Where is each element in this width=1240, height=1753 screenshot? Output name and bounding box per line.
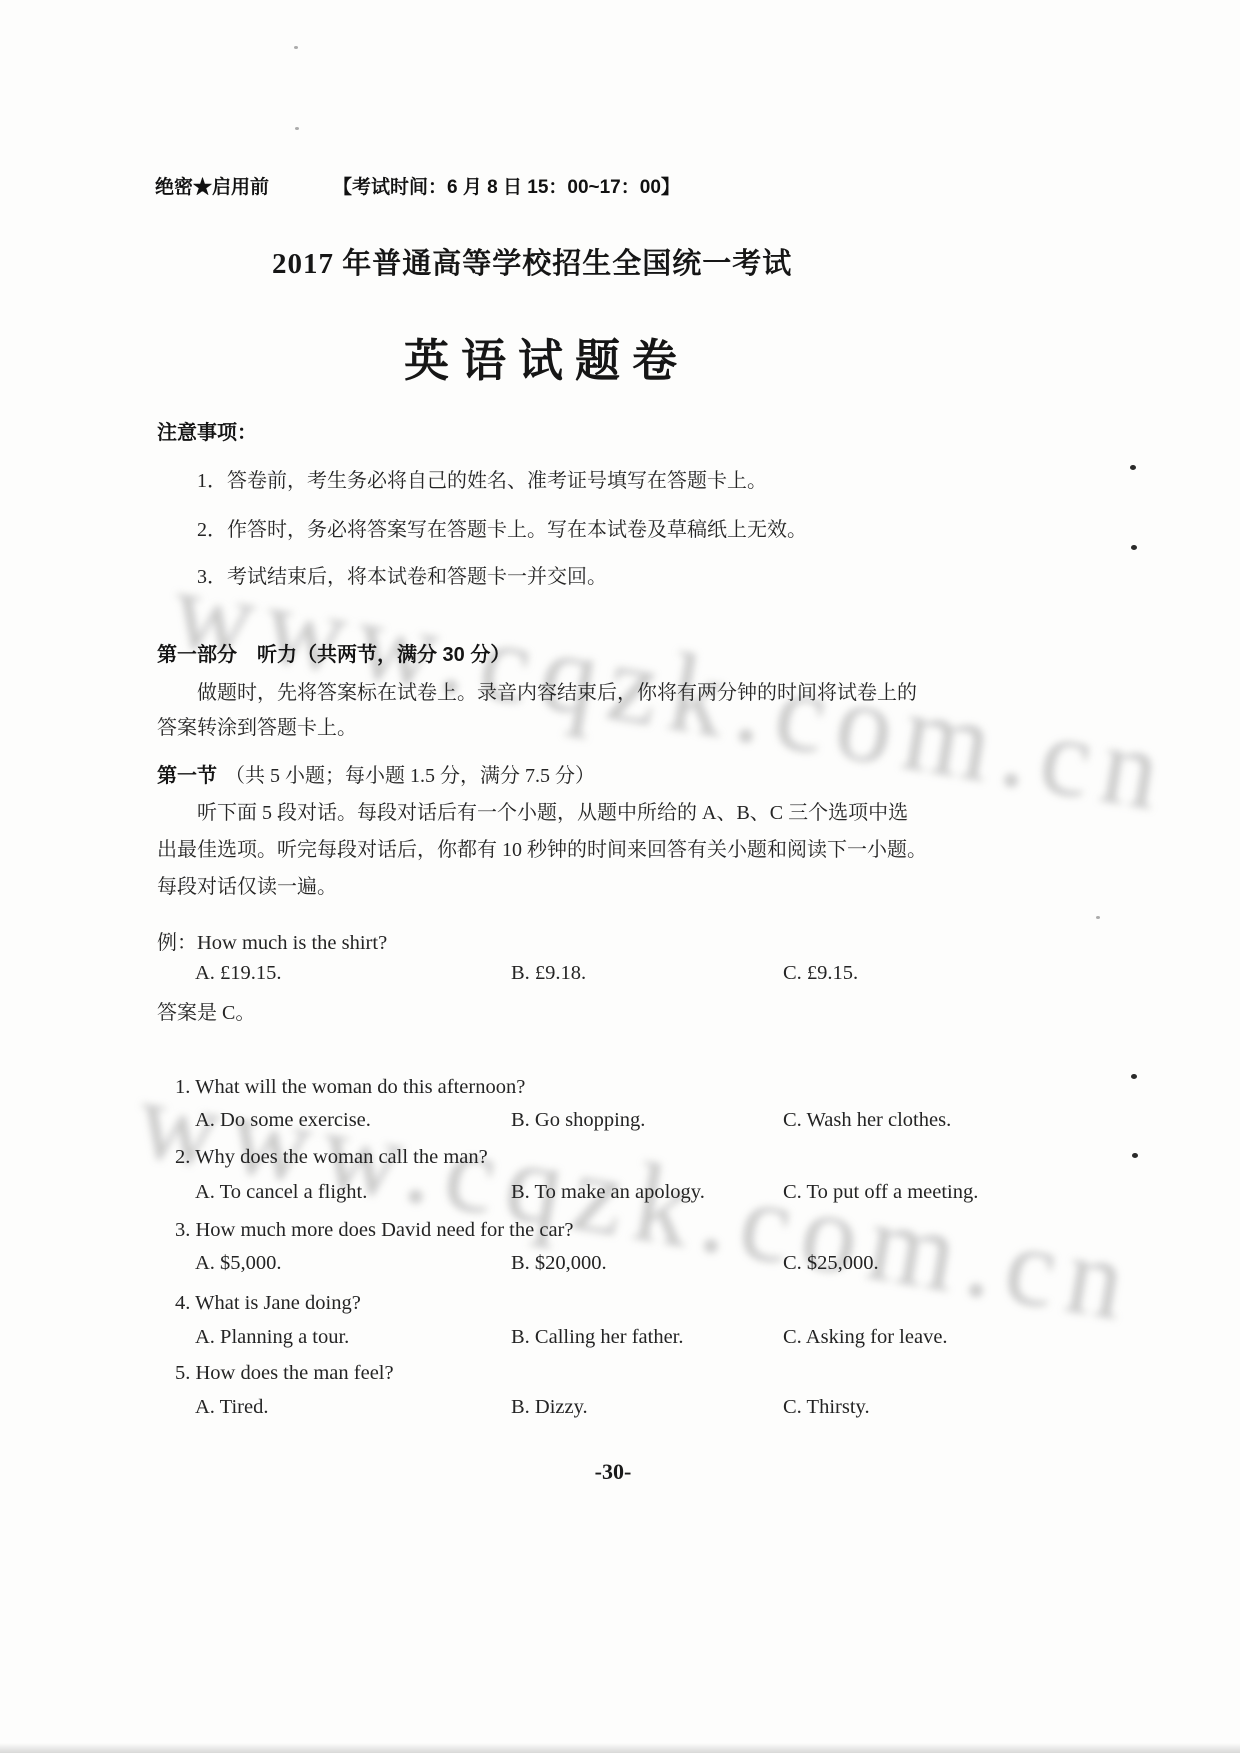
- example-options-row: A. £19.15. B. £9.18. C. £9.15.: [0, 962, 1240, 990]
- question-2-option-b: B. To make an apology.: [511, 1181, 705, 1204]
- question-1-options-row: A. Do some exercise. B. Go shopping. C. …: [0, 1109, 1240, 1137]
- notice-item-3: 3．考试结束后，将本试卷和答题卡一并交回。: [197, 565, 607, 590]
- question-4-options-row: A. Planning a tour. B. Calling her fathe…: [0, 1326, 1240, 1354]
- question-3-option-b: B. $20,000.: [511, 1252, 607, 1275]
- section1-heading: 第一节（共 5 小题；每小题 1.5 分，满分 7.5 分）: [157, 764, 595, 789]
- question-5-option-b: B. Dizzy.: [511, 1396, 588, 1419]
- question-2-option-a: A. To cancel a flight.: [195, 1181, 367, 1204]
- example-question: How much is the shirt?: [197, 932, 387, 954]
- question-5-options-row: A. Tired. B. Dizzy. C. Thirsty.: [0, 1396, 1240, 1424]
- question-3-option-c: C. $25,000.: [783, 1252, 879, 1275]
- section1-intro-line-3: 每段对话仅读一遍。: [157, 875, 337, 900]
- question-3-option-a: A. $5,000.: [195, 1252, 282, 1275]
- scan-speck: [1131, 1074, 1137, 1079]
- question-2-text: 2. Why does the woman call the man?: [175, 1145, 488, 1171]
- example-option-c: C. £9.15.: [783, 962, 858, 985]
- scan-speck: [1130, 465, 1136, 470]
- section1-intro-line-1: 听下面 5 段对话。每段对话后有一个小题，从题中所给的 A、B、C 三个选项中选: [197, 801, 908, 826]
- exam-time-label: 【考试时间：6 月 8 日 15：00~17：00】: [333, 176, 680, 200]
- part1-intro-line-1: 做题时，先将答案标在试卷上。录音内容结束后，你将有两分钟的时间将试卷上的: [197, 681, 917, 706]
- question-4-option-a: A. Planning a tour.: [195, 1326, 349, 1349]
- question-4-text: 4. What is Jane doing?: [175, 1291, 361, 1317]
- notice-item-1: 1．答卷前，考生务必将自己的姓名、准考证号填写在答题卡上。: [197, 469, 767, 494]
- question-1-option-c: C. Wash her clothes.: [783, 1109, 951, 1132]
- question-5-text: 5. How does the man feel?: [175, 1361, 394, 1387]
- scan-speck: [1132, 1153, 1138, 1158]
- part1-intro-line-2: 答案转涂到答题卡上。: [157, 716, 357, 741]
- part1-heading: 第一部分 听力（共两节，满分 30 分）: [157, 643, 510, 668]
- example-answer: 答案是 C。: [157, 1001, 255, 1026]
- question-1-text: 1. What will the woman do this afternoon…: [175, 1075, 525, 1101]
- scan-bottom-edge: [0, 1743, 1240, 1753]
- security-classification-label: 绝密★启用前: [155, 176, 269, 200]
- scan-speck: [294, 46, 298, 49]
- exam-paper-page: www.cqzk.com.cn www.cqzk.com.cn 绝密★启用前 【…: [0, 0, 1240, 1753]
- exam-title: 2017 年普通高等学校招生全国统一考试: [272, 246, 792, 282]
- question-4-option-b: B. Calling her father.: [511, 1326, 684, 1349]
- question-5-option-a: A. Tired.: [195, 1396, 268, 1419]
- example-question-line: 例：How much is the shirt?: [157, 931, 387, 957]
- question-1-option-b: B. Go shopping.: [511, 1109, 645, 1132]
- question-4-option-c: C. Asking for leave.: [783, 1326, 948, 1349]
- question-3-text: 3. How much more does David need for the…: [175, 1218, 573, 1244]
- page-number: -30-: [0, 1458, 1226, 1486]
- question-1-option-a: A. Do some exercise.: [195, 1109, 371, 1132]
- notice-item-2: 2．作答时，务必将答案写在答题卡上。写在本试卷及草稿纸上无效。: [197, 518, 807, 543]
- scan-speck: [1131, 545, 1137, 550]
- example-label: 例：: [157, 932, 197, 954]
- question-3-options-row: A. $5,000. B. $20,000. C. $25,000.: [0, 1252, 1240, 1280]
- section1-label: 第一节: [157, 765, 217, 787]
- example-option-a: A. £19.15.: [195, 962, 282, 985]
- question-2-options-row: A. To cancel a flight. B. To make an apo…: [0, 1181, 1240, 1209]
- section1-detail: （共 5 小题；每小题 1.5 分，满分 7.5 分）: [225, 765, 595, 787]
- section1-intro-line-2: 出最佳选项。听完每段对话后，你都有 10 秒钟的时间来回答有关小题和阅读下一小题…: [157, 838, 927, 863]
- question-5-option-c: C. Thirsty.: [783, 1396, 870, 1419]
- scan-speck: [295, 127, 299, 130]
- question-2-option-c: C. To put off a meeting.: [783, 1181, 978, 1204]
- example-option-b: B. £9.18.: [511, 962, 586, 985]
- paper-subtitle: 英语试题卷: [404, 333, 689, 389]
- notice-heading: 注意事项：: [157, 421, 257, 446]
- scan-speck: [1096, 916, 1100, 919]
